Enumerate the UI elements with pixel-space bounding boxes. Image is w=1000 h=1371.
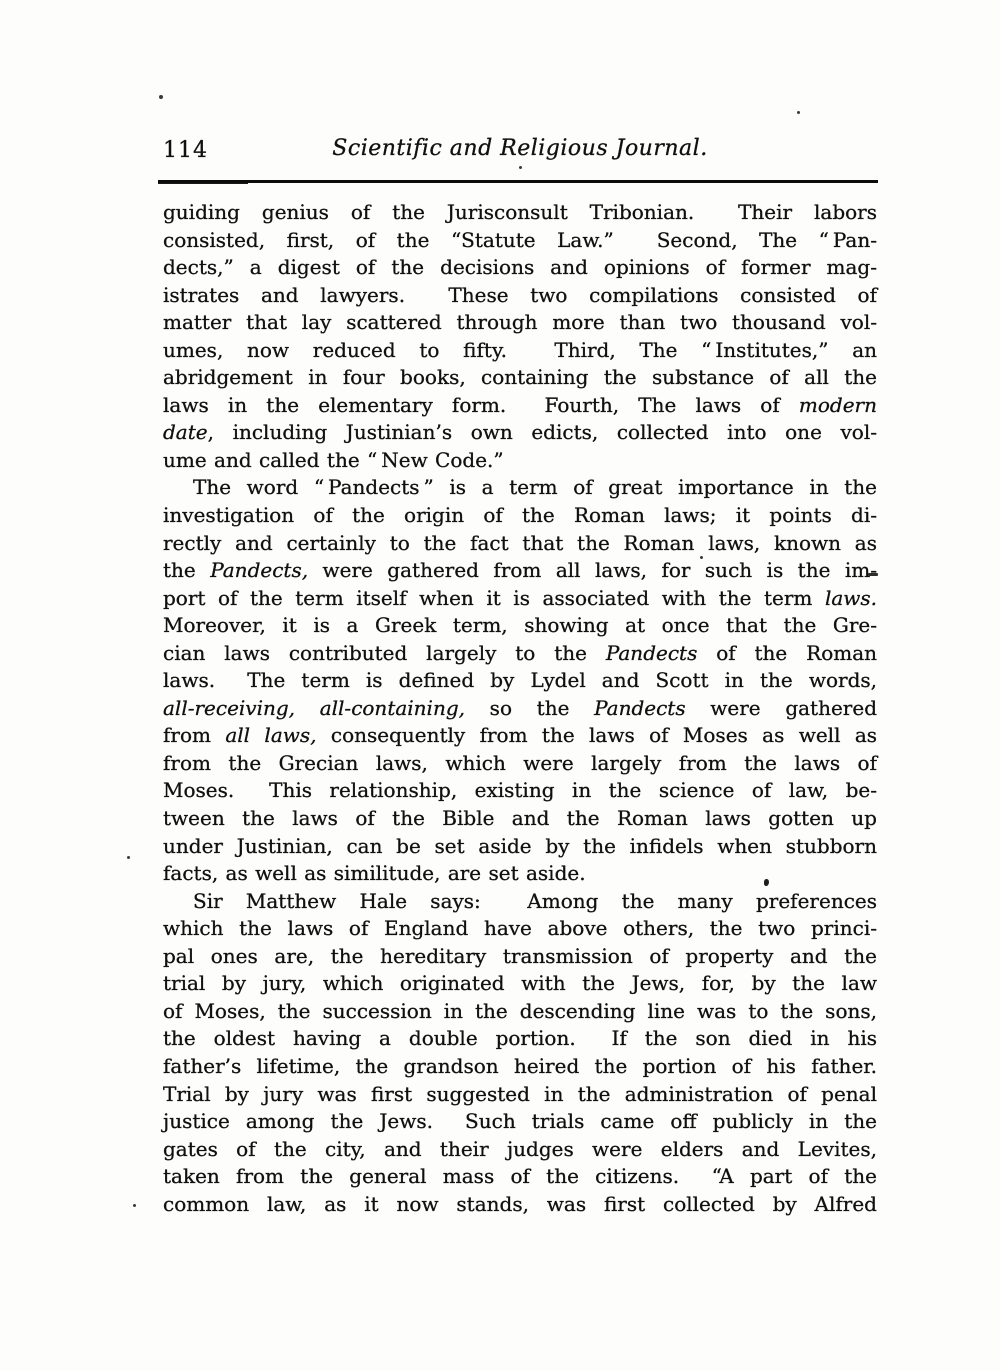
text-line: father’s lifetime, the grandson heired t… [163,1053,877,1081]
text-line: Moses. This relationship, existing in th… [163,777,877,805]
page-body: guiding genius of the Jurisconsult Tribo… [163,199,877,1218]
paragraph: The word “ Pandects ” is a term of great… [163,474,877,887]
text-line: from all laws, consequently from the law… [163,722,877,750]
text-line: ume and called the “ New Code.” [163,447,877,475]
scan-speck [159,95,163,99]
text-line: under Justinian, can be set aside by the… [163,833,877,861]
scan-speck [133,1204,136,1207]
scan-speck [127,856,130,859]
text-line: istrates and lawyers. These two compilat… [163,282,877,310]
text-line: laws in the elementary form. Fourth, The… [163,392,877,420]
text-line: matter that lay scattered through more t… [163,309,877,337]
scan-speck [797,111,800,114]
text-line: all-receiving, all-containing, so the Pa… [163,695,877,723]
text-line: trial by jury, which originated with the… [163,970,877,998]
scan-speck [868,573,878,576]
scan-speck [700,556,703,559]
text-line: cian laws contributed largely to the Pan… [163,640,877,668]
text-line: justice among the Jews. Such trials came… [163,1108,877,1136]
text-line: The word “ Pandects ” is a term of great… [163,474,877,502]
journal-title: Scientific and Religious Journal. [163,136,877,161]
text-line: tween the laws of the Bible and the Roma… [163,805,877,833]
text-line: the Pandects, were gathered from all law… [163,557,877,585]
paragraph: Sir Matthew Hale says: Among the many pr… [163,888,877,1219]
text-line: pal ones are, the hereditary transmissio… [163,943,877,971]
text-line: abridgement in four books, containing th… [163,364,877,392]
text-line: consisted, first, of the “Statute Law.” … [163,227,877,255]
text-line: facts, as well as similitude, are set as… [163,860,877,888]
text-line: date, including Justinian’s own edicts, … [163,419,877,447]
text-line: dects,” a digest of the decisions and op… [163,254,877,282]
page-header: 114 Scientific and Religious Journal. [163,136,877,168]
text-line: port of the term itself when it is assoc… [163,585,877,613]
scan-speck [519,166,522,169]
text-line: gates of the city, and their judges were… [163,1136,877,1164]
text-line: which the laws of England have above oth… [163,915,877,943]
text-line: guiding genius of the Jurisconsult Tribo… [163,199,877,227]
text-line: rectly and certainly to the fact that th… [163,530,877,558]
text-line: of Moses, the succession in the descendi… [163,998,877,1026]
header-rule [158,180,878,183]
text-line: umes, now reduced to fifty. Third, The “… [163,337,877,365]
text-line: taken from the general mass of the citiz… [163,1163,877,1191]
text-line: Sir Matthew Hale says: Among the many pr… [163,888,877,916]
text-line: laws. The term is defined by Lydel and S… [163,667,877,695]
text-line: Moreover, it is a Greek term, showing at… [163,612,877,640]
text-line: common law, as it now stands, was first … [163,1191,877,1219]
text-line: investigation of the origin of the Roman… [163,502,877,530]
scanned-book-page: 114 Scientific and Religious Journal. gu… [0,0,1000,1371]
text-line: Trial by jury was first suggested in the… [163,1081,877,1109]
text-line: the oldest having a double portion. If t… [163,1025,877,1053]
text-line: from the Grecian laws, which were largel… [163,750,877,778]
paragraph: guiding genius of the Jurisconsult Tribo… [163,199,877,474]
